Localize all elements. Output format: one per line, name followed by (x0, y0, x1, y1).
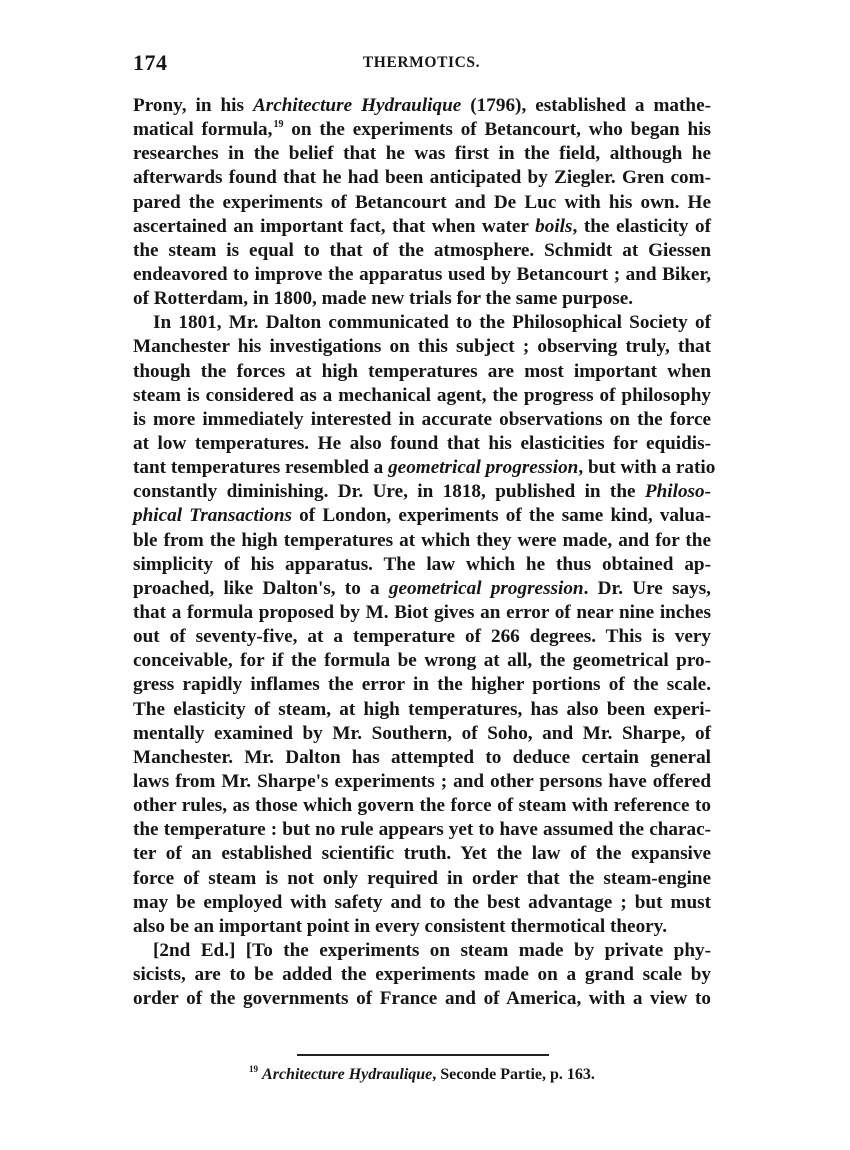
text-line: is more immediately interested in accura… (133, 408, 711, 432)
text-line: of Rotterdam, in 1800, made new trials f… (133, 287, 711, 311)
body-text: Prony, in his Architecture Hydraulique (… (133, 94, 711, 1011)
italic-text: Architecture Hydraulique (253, 95, 461, 116)
text-line: ble from the high temperatures at which … (133, 529, 711, 553)
footnote-title: Architecture Hydraulique (262, 1066, 432, 1083)
text-line: though the forces at high temperatures a… (133, 360, 711, 384)
text-segment: endeavored to improve the apparatus used… (133, 264, 711, 285)
text-line: Prony, in his Architecture Hydraulique (… (133, 94, 711, 118)
text-line: order of the governments of France and o… (133, 987, 711, 1011)
text-segment: of Rotterdam, in 1800, made new trials f… (133, 288, 633, 309)
italic-text: geometrical progression (389, 578, 584, 599)
text-line: out of seventy-five, at a temperature of… (133, 625, 711, 649)
running-title: THERMOTICS. (133, 54, 710, 72)
text-line: other rules, as those which govern the f… (133, 794, 711, 818)
text-segment: simplicity of his apparatus. The law whi… (133, 554, 711, 575)
text-segment: tant temperatures resembled a (133, 457, 388, 478)
text-segment: at low temperatures. He also found that … (133, 433, 711, 454)
text-segment: The elasticity of steam, at high tempera… (133, 699, 711, 720)
text-line: may be employed with safety and to the b… (133, 891, 711, 915)
text-segment: laws from Mr. Sharpe's experiments ; and… (133, 771, 711, 792)
text-segment: order of the governments of France and o… (133, 988, 711, 1009)
italic-text: boils (535, 216, 572, 237)
text-segment: constantly diminishing. Dr. Ure, in 1818… (133, 481, 645, 502)
text-line: at low temperatures. He also found that … (133, 432, 711, 456)
text-line: ter of an established scientific truth. … (133, 842, 711, 866)
running-head: 174 THERMOTICS. (133, 50, 710, 80)
text-segment: Manchester. Mr. Dalton has attempted to … (133, 747, 711, 768)
text-segment: gress rapidly inflames the error in the … (133, 674, 711, 695)
text-line: conceivable, for if the formula be wrong… (133, 649, 711, 673)
text-line: pared the experiments of Betancourt and … (133, 191, 711, 215)
text-line: ascertained an important fact, that when… (133, 215, 711, 239)
text-line: tant temperatures resembled a geometrica… (133, 456, 711, 480)
text-segment: out of seventy-five, at a temperature of… (133, 626, 711, 647)
footnote: 19Architecture Hydraulique, Seconde Part… (133, 1066, 711, 1084)
text-line: simplicity of his apparatus. The law whi… (133, 553, 711, 577)
italic-text: Philoso- (645, 481, 711, 502)
footnote-divider (297, 1054, 549, 1056)
text-segment: , but with a ratio (578, 457, 715, 478)
text-segment: mentally examined by Mr. Southern, of So… (133, 723, 711, 744)
text-segment: [2nd Ed.] [To the experiments on steam m… (153, 940, 711, 961)
footnote-citation: , Seconde Partie, p. 163. (432, 1066, 595, 1083)
text-segment: other rules, as those which govern the f… (133, 795, 711, 816)
text-line: In 1801, Mr. Dalton communicated to the … (133, 311, 711, 335)
text-segment: conceivable, for if the formula be wrong… (133, 650, 711, 671)
text-line: also be an important point in every cons… (133, 915, 711, 939)
text-line: The elasticity of steam, at high tempera… (133, 698, 711, 722)
text-segment: that a formula proposed by M. Biot gives… (133, 602, 711, 623)
text-segment: ascertained an important fact, that when… (133, 216, 535, 237)
italic-text: geometrical progression (388, 457, 578, 478)
text-line: phical Transactions of London, experimen… (133, 504, 711, 528)
footnote-reference: 19 (273, 119, 283, 130)
text-segment: ter of an established scientific truth. … (133, 843, 711, 864)
text-segment: steam is considered as a mechanical agen… (133, 385, 711, 406)
text-line: Manchester his investigations on this su… (133, 335, 711, 359)
text-segment: In 1801, Mr. Dalton communicated to the … (153, 312, 711, 333)
text-segment: matical formula, (133, 119, 272, 140)
book-page: 174 THERMOTICS. Prony, in his Architectu… (0, 0, 850, 1150)
text-line: laws from Mr. Sharpe's experiments ; and… (133, 770, 711, 794)
text-segment: sicists, are to be added the experiments… (133, 964, 711, 985)
text-segment: ble from the high temperatures at which … (133, 530, 711, 551)
text-line: proached, like Dalton's, to a geometrica… (133, 577, 711, 601)
italic-text: phical Transactions (133, 505, 292, 526)
text-segment: on the experiments of Betancourt, who be… (283, 119, 711, 140)
text-segment: (1796), established a mathe- (461, 95, 711, 116)
text-segment: researches in the belief that he was fir… (133, 143, 711, 164)
text-line: Manchester. Mr. Dalton has attempted to … (133, 746, 711, 770)
text-segment: is more immediately interested in accura… (133, 409, 711, 430)
text-segment: may be employed with safety and to the b… (133, 892, 711, 913)
footnote-marker: 19 (249, 1064, 258, 1074)
text-segment: Prony, in his (133, 95, 253, 116)
text-line: afterwards found that he had been antici… (133, 166, 711, 190)
text-segment: pared the experiments of Betancourt and … (133, 192, 711, 213)
text-line: constantly diminishing. Dr. Ure, in 1818… (133, 480, 711, 504)
text-line: the temperature : but no rule appears ye… (133, 818, 711, 842)
text-line: steam is considered as a mechanical agen… (133, 384, 711, 408)
text-line: sicists, are to be added the experiments… (133, 963, 711, 987)
text-segment: afterwards found that he had been antici… (133, 167, 711, 188)
text-segment: Manchester his investigations on this su… (133, 336, 711, 357)
text-line: matical formula,19 on the experiments of… (133, 118, 711, 142)
text-segment: the steam is equal to that of the atmosp… (133, 240, 711, 261)
text-segment: also be an important point in every cons… (133, 916, 667, 937)
text-segment: , the elasticity of (572, 216, 711, 237)
text-segment: though the forces at high temperatures a… (133, 361, 711, 382)
text-line: gress rapidly inflames the error in the … (133, 673, 711, 697)
text-segment: proached, like Dalton's, to a (133, 578, 389, 599)
text-line: mentally examined by Mr. Southern, of So… (133, 722, 711, 746)
text-line: [2nd Ed.] [To the experiments on steam m… (133, 939, 711, 963)
text-line: force of steam is not only required in o… (133, 867, 711, 891)
text-segment: . Dr. Ure says, (584, 578, 711, 599)
text-line: researches in the belief that he was fir… (133, 142, 711, 166)
text-line: that a formula proposed by M. Biot gives… (133, 601, 711, 625)
text-line: the steam is equal to that of the atmosp… (133, 239, 711, 263)
text-line: endeavored to improve the apparatus used… (133, 263, 711, 287)
text-segment: force of steam is not only required in o… (133, 868, 711, 889)
text-segment: of London, experiments of the same kind,… (292, 505, 711, 526)
text-segment: the temperature : but no rule appears ye… (133, 819, 711, 840)
